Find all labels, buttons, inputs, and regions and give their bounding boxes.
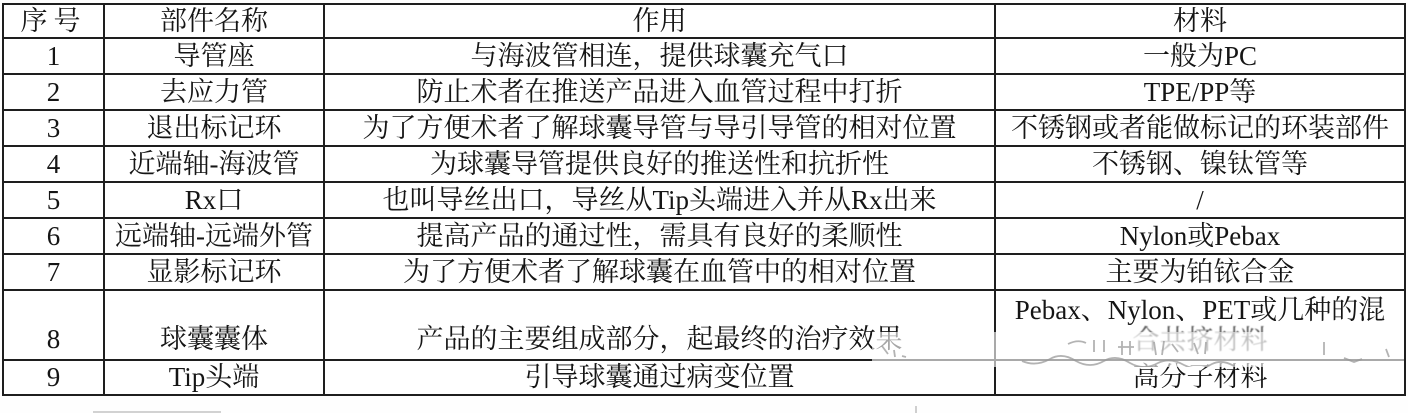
cell-name: 去应力管 — [104, 74, 324, 110]
cell-function: 提高产品的通过性，需具有良好的柔顺性 — [324, 218, 995, 254]
cell-index: 5 — [3, 182, 104, 218]
cell-function: 为了方便术者了解球囊在血管中的相对位置 — [324, 254, 995, 290]
table-row: 7 显影标记环 为了方便术者了解球囊在血管中的相对位置 主要为铂铱合金 — [3, 254, 1405, 290]
table-row: 3 退出标记环 为了方便术者了解球囊导管与导引导管的相对位置 不锈钢或者能做标记… — [3, 110, 1405, 146]
col-header-name: 部件名称 — [104, 4, 324, 38]
cell-material: 高分子材料 — [995, 360, 1405, 394]
cell-name: 近端轴-海波管 — [104, 146, 324, 182]
table-row: 1 导管座 与海波管相连，提供球囊充气口 一般为PC — [3, 38, 1405, 74]
cell-material: 不锈钢、镍钛管等 — [995, 146, 1405, 182]
cell-name: Tip头端 — [104, 360, 324, 394]
cell-index: 4 — [3, 146, 104, 182]
col-header-index: 序号 — [3, 4, 104, 38]
cell-index: 3 — [3, 110, 104, 146]
cell-index: 1 — [3, 38, 104, 74]
cell-name: 球囊囊体 — [104, 290, 324, 360]
table-row: 9 Tip头端 引导球囊通过病变位置 高分子材料 — [3, 360, 1405, 394]
cell-material: 不锈钢或者能做标记的环装部件 — [995, 110, 1405, 146]
table-row: 5 Rx口 也叫导丝出口，导丝从Tip头端进入并从Rx出来 / — [3, 182, 1405, 218]
cell-name: 远端轴-远端外管 — [104, 218, 324, 254]
cell-index: 7 — [3, 254, 104, 290]
cell-index: 2 — [3, 74, 104, 110]
header-row: 序号 部件名称 作用 材料 — [3, 4, 1405, 38]
cell-function: 也叫导丝出口，导丝从Tip头端进入并从Rx出来 — [324, 182, 995, 218]
table-row: 8 球囊囊体 产品的主要组成部分，起最终的治疗效果 Pebax、Nylon、PE… — [3, 290, 1405, 360]
col-header-function: 作用 — [324, 4, 995, 38]
material-line2-obscured: 合共挤材料 — [996, 325, 1404, 355]
cell-function: 为了方便术者了解球囊导管与导引导管的相对位置 — [324, 110, 995, 146]
cell-name: Rx口 — [104, 182, 324, 218]
bottom-edge-fragment — [915, 406, 917, 413]
col-header-material: 材料 — [995, 4, 1405, 38]
cell-function: 产品的主要组成部分，起最终的治疗效果 — [324, 290, 995, 360]
cell-name: 显影标记环 — [104, 254, 324, 290]
parts-table-wrap: 序号 部件名称 作用 材料 1 导管座 与海波管相连，提供球囊充气口 一般为PC… — [2, 3, 1406, 396]
cell-index: 6 — [3, 218, 104, 254]
cell-material: Pebax、Nylon、PET或几种的混 合共挤材料 — [995, 290, 1405, 360]
table-row: 4 近端轴-海波管 为球囊导管提供良好的推送性和抗折性 不锈钢、镍钛管等 — [3, 146, 1405, 182]
cell-material: TPE/PP等 — [995, 74, 1405, 110]
cell-name: 导管座 — [104, 38, 324, 74]
cell-material: Nylon或Pebax — [995, 218, 1405, 254]
table-row: 2 去应力管 防止术者在推送产品进入血管过程中打折 TPE/PP等 — [3, 74, 1405, 110]
cell-index: 9 — [3, 360, 104, 394]
cell-material: 一般为PC — [995, 38, 1405, 74]
cell-function: 为球囊导管提供良好的推送性和抗折性 — [324, 146, 995, 182]
cell-function: 与海波管相连，提供球囊充气口 — [324, 38, 995, 74]
table-row: 6 远端轴-远端外管 提高产品的通过性，需具有良好的柔顺性 Nylon或Peba… — [3, 218, 1405, 254]
cell-material: 主要为铂铱合金 — [995, 254, 1405, 290]
cell-material: / — [995, 182, 1405, 218]
parts-table: 序号 部件名称 作用 材料 1 导管座 与海波管相连，提供球囊充气口 一般为PC… — [2, 3, 1406, 396]
cell-function: 引导球囊通过病变位置 — [324, 360, 995, 394]
cell-function: 防止术者在推送产品进入血管过程中打折 — [324, 74, 995, 110]
material-line1: Pebax、Nylon、PET或几种的混 — [996, 295, 1404, 325]
cell-index: 8 — [3, 290, 104, 360]
cell-name: 退出标记环 — [104, 110, 324, 146]
